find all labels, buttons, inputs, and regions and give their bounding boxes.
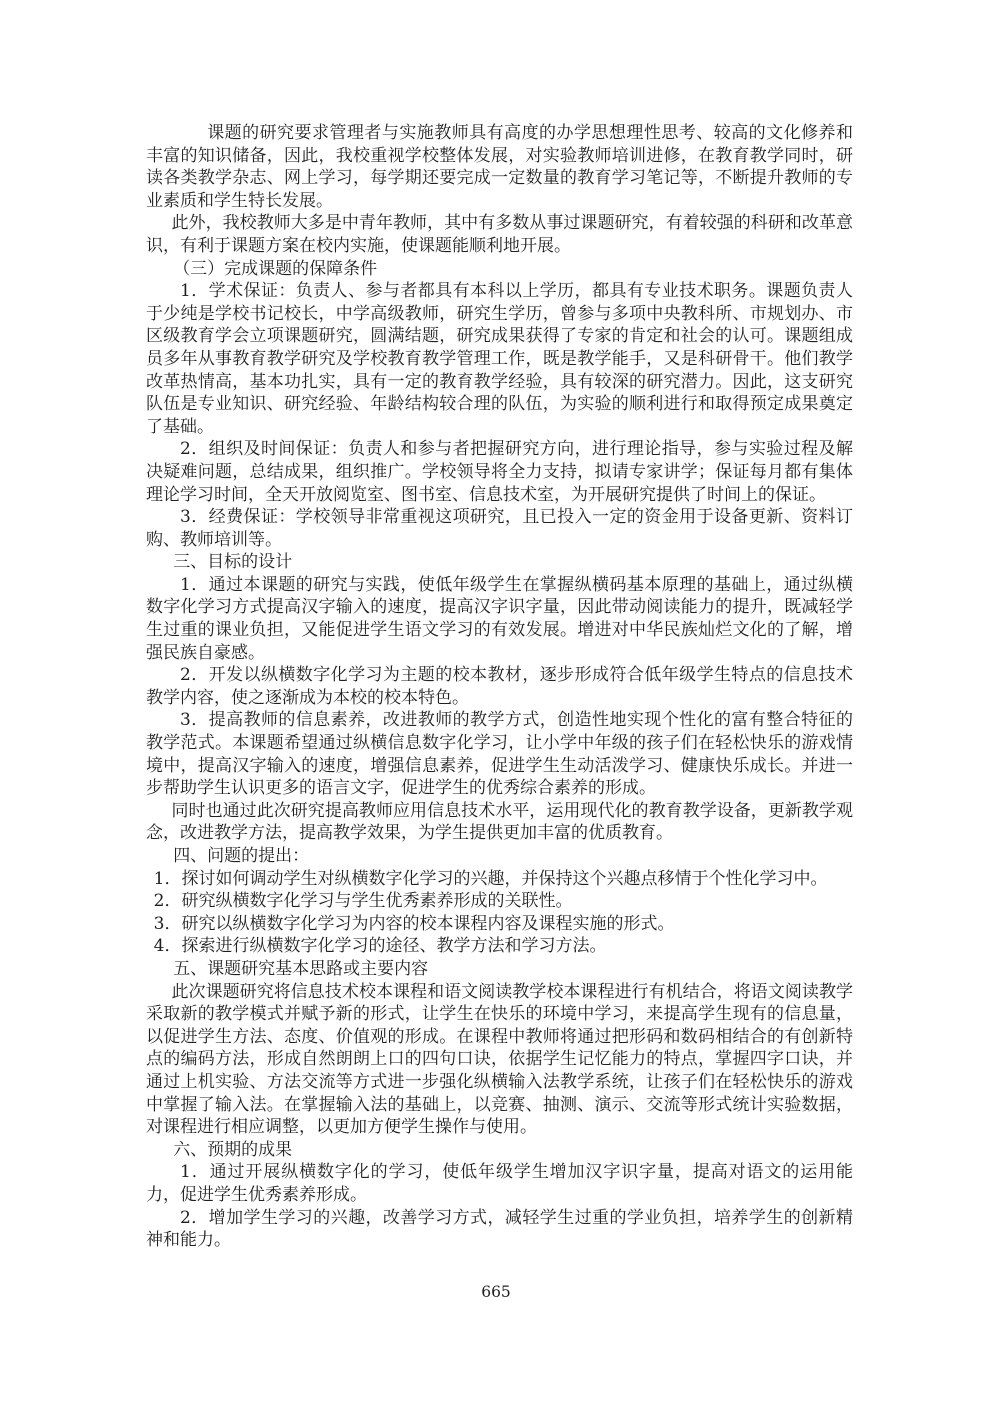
heading-research-approach: 五、课题研究基本思路或主要内容 <box>146 958 853 981</box>
paragraph-organization-time-guarantee: 2．组织及时间保证：负责人和参与者把握研究方向，进行理论指导，参与实验过程及解决… <box>146 438 853 506</box>
paragraph-young-teachers: 此外，我校教师大多是中青年教师，其中有多数从事过课题研究，有着较强的科研和改革意… <box>146 212 853 257</box>
paragraph-goal-1: 1．通过本课题的研究与实践，使低年级学生在掌握纵横码基本原理的基础上，通过纵横数… <box>146 574 853 664</box>
page-number: 665 <box>0 1283 992 1301</box>
heading-goal-design: 三、目标的设计 <box>146 551 853 574</box>
paragraph-goal-2: 2．开发以纵横数字化学习为主题的校本教材，逐步形成符合低年级学生特点的信息技术教… <box>146 664 853 709</box>
paragraph-academic-guarantee: 1．学术保证：负责人、参与者都具有本科以上学历，都具有专业技术职务。课题负责人于… <box>146 280 853 438</box>
list-item-problem-4: 4．探索进行纵横数字化学习的途径、教学方法和学习方法。 <box>146 935 853 958</box>
paragraph-teacher-improvement: 同时也通过此次研究提高教师应用信息技术水平，运用现代化的教育教学设备，更新教学观… <box>146 800 853 845</box>
list-item-problem-3: 3．研究以纵横数字化学习为内容的校本课程内容及课程实施的形式。 <box>146 913 853 936</box>
heading-expected-results: 六、预期的成果 <box>146 1139 853 1162</box>
heading-problem-statement: 四、问题的提出： <box>146 845 853 868</box>
paragraph-teacher-quality: 课题的研究要求管理者与实施教师具有高度的办学思想理性思考、较高的文化修养和丰富的… <box>146 122 853 212</box>
paragraph-funding-guarantee: 3．经费保证：学校领导非常重视这项研究，且已投入一定的资金用于设备更新、资料订购… <box>146 506 853 551</box>
paragraph-result-2: 2．增加学生学习的兴趣，改善学习方式，减轻学生过重的学业负担，培养学生的创新精神… <box>146 1207 853 1252</box>
document-page: 课题的研究要求管理者与实施教师具有高度的办学思想理性思考、较高的文化修养和丰富的… <box>0 0 992 1403</box>
document-text-body: 课题的研究要求管理者与实施教师具有高度的办学思想理性思考、较高的文化修养和丰富的… <box>146 122 853 1252</box>
list-item-problem-2: 2．研究纵横数字化学习与学生优秀素养形成的关联性。 <box>146 890 853 913</box>
list-item-problem-1: 1．探讨如何调动学生对纵横数字化学习的兴趣，并保持这个兴趣点移情于个性化学习中。 <box>146 868 853 891</box>
paragraph-goal-3: 3．提高教师的信息素养，改进教师的教学方式，创造性地实现个性化的富有整合特征的教… <box>146 709 853 799</box>
paragraph-result-1: 1．通过开展纵横数字化的学习，使低年级学生增加汉字识字量，提高对语文的运用能力，… <box>146 1161 853 1206</box>
heading-guarantee-conditions: （三）完成课题的保障条件 <box>146 258 853 281</box>
paragraph-research-approach: 此次课题研究将信息技术校本课程和语文阅读教学校本课程进行有机结合，将语文阅读教学… <box>146 981 853 1139</box>
